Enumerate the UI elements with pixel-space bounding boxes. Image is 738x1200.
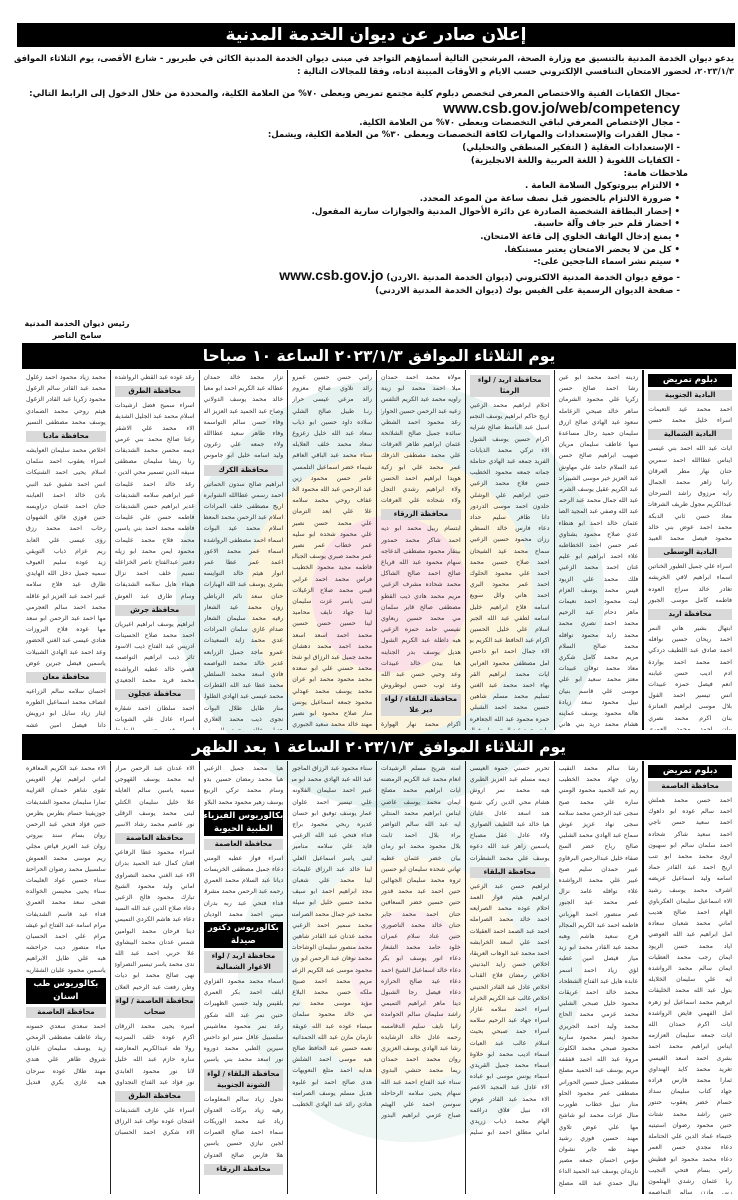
candidate-name: زكريا علي محمود الشرمان bbox=[559, 394, 639, 405]
candidate-name: مرام اسامة عبد الفتاح ابو عيشه bbox=[26, 920, 106, 931]
governorate-heading: البادية الجنوبية bbox=[648, 390, 732, 401]
candidate-name: اسراء احمد سلامه عازار bbox=[470, 1004, 550, 1015]
candidate-name: ميار فيصل امين عطيه bbox=[559, 953, 639, 964]
candidate-name: حنان احمد محمد جابر bbox=[381, 909, 461, 920]
candidate-name: فادي اسعد محمد السلطي bbox=[204, 669, 284, 680]
candidate-name: هشام محمد دريد بني هاني bbox=[559, 719, 639, 730]
candidate-name: شروق طاهر علي هندي bbox=[26, 1054, 106, 1065]
governorate-heading: محافظة العاصمة bbox=[26, 1007, 106, 1018]
candidate-name: وعد وحيي حسن عبد الله bbox=[381, 669, 461, 680]
candidate-name: سها عاطف سليمان مريان bbox=[559, 439, 639, 450]
candidate-name: مروة عبد الله احمد قفقفه bbox=[559, 1054, 639, 1065]
governorate-heading: محافظة جرش bbox=[115, 605, 195, 616]
candidate-name: صالح رباح خضر السح bbox=[559, 841, 639, 852]
candidate-name: الاء محمد علي الاشقر bbox=[115, 423, 195, 434]
names-column: سناء محمود عبد الرزاق الماجوريعبد الله ع… bbox=[287, 761, 376, 1194]
candidate-name: اسلام يحيى احمد الشنيكات bbox=[26, 467, 106, 478]
candidate-name: مريم محمد كامل شكري bbox=[559, 652, 639, 663]
candidate-name: مصطفى صالح قاير سلمان bbox=[381, 602, 461, 613]
candidate-name: هشام محي الدين زكي شنيع bbox=[470, 797, 550, 808]
candidate-name: بنان اكرم محمد نصري bbox=[648, 713, 732, 724]
candidate-name: ايه محمد يوسف القهوجي bbox=[115, 774, 195, 785]
candidate-name: اسماء عمر محمد الاعور bbox=[204, 546, 284, 557]
candidate-name: سناء محمد عبد الباقي العاقم bbox=[292, 450, 372, 461]
candidate-name: سميه ياسين سالم العايله bbox=[115, 785, 195, 796]
candidate-name: سهام يحيى سلامه الرحاحله bbox=[381, 1088, 461, 1099]
candidate-name: عابده هايل عبد الفتاح الشطحات bbox=[559, 976, 639, 987]
candidate-name: شيماء خضر اسماعيل التلمسي bbox=[292, 462, 372, 473]
candidate-name: يوسف محمد مصطفى النسير bbox=[26, 417, 106, 428]
candidate-name: احمد صادق عبد اللطيف دردكي bbox=[648, 645, 732, 656]
candidate-name: ايلف احمد بكر العمري bbox=[204, 987, 284, 998]
candidate-name: ادم اديب حسن عبابنه bbox=[648, 668, 732, 679]
candidate-name: نارمان مازن عبد الله الحمدانيه bbox=[292, 1032, 372, 1043]
candidate-name: ابراهيم حسن عبد الزعبي bbox=[470, 881, 550, 892]
candidate-name: محمد احمد نصري محمد bbox=[559, 618, 639, 629]
candidate-name: احمد رسمي عطاالله الشوابره bbox=[204, 490, 284, 501]
candidate-name: رقيه محمد سليمان الشعار bbox=[204, 613, 284, 624]
candidate-name: هبه داطلة عبد الكريم الشول bbox=[381, 635, 461, 646]
candidate-name: علاء نوافله عامد نزال bbox=[559, 886, 639, 897]
candidate-name: ابراهيم صالح سدون الحماتين bbox=[204, 479, 284, 490]
candidate-name: فرح سعيد هاشم وهبه bbox=[559, 931, 639, 942]
candidate-name: ندى محمد ياسر تيسير النصراوي التميمي bbox=[115, 959, 195, 970]
candidate-name: عبد الله وصفي عبد المجيد الصانع bbox=[559, 506, 639, 517]
candidate-name: هيفاء هايل سلامه الشديفات bbox=[115, 579, 195, 590]
candidate-name: نعمه حسين عبد الحافظ صالح bbox=[292, 1043, 372, 1054]
candidate-name: لبنى ياسر اسماعيل العلي bbox=[292, 853, 372, 864]
candidate-name: رهيه زياد بركات العدوان bbox=[204, 1105, 284, 1116]
candidate-name: سناء حسين عواد العليمات bbox=[26, 875, 106, 886]
candidate-name: وعد ثوب حسن ابوطروش bbox=[381, 680, 461, 691]
candidate-name: حنين حسين خضر السعافين bbox=[381, 897, 461, 908]
candidate-name: ايه علي سليمان الخلايله bbox=[648, 974, 732, 985]
candidate-name: رولا طه عبدالكريم المعارضه bbox=[115, 1043, 195, 1054]
candidate-name: سائده جميل صالح الشلانحة bbox=[381, 428, 461, 439]
candidate-name: احمد محمد صلاح الحسينات bbox=[115, 630, 195, 641]
candidate-name: ياسمين زاهر عبد الله دعوه bbox=[470, 841, 550, 852]
field-abilities-language: - الكفايات اللغوية ( اللغة العربية واللغ… bbox=[100, 155, 680, 168]
publish-website-label: - موقع ديوان الخدمة المدنية الالكتروني (… bbox=[386, 273, 680, 283]
candidate-name: احمد محمد عبد الوهاب العريقات bbox=[470, 948, 550, 959]
names-column: الاء محمد عبد الكريم المعاقرهاماني ابراه… bbox=[22, 761, 110, 1194]
candidate-name: ايات ابراهيم محمد مصلح bbox=[381, 785, 461, 796]
governorate-heading: محافظة اربد / لواء الرمثا bbox=[470, 375, 550, 397]
candidate-name: وفاء طاهر سعيد عطاالله bbox=[204, 428, 284, 439]
candidate-name: ميس احمد محمد الوديان bbox=[204, 909, 284, 920]
candidate-name: رنا ريشا سليمان مصطفى bbox=[115, 456, 195, 467]
candidate-name: غدير ابراهيم حسن الشديفات bbox=[115, 501, 195, 512]
candidate-name: ايات عيد الله احمد بني عيسى bbox=[648, 443, 732, 454]
candidate-name: قايد علي سلامه منامير bbox=[292, 841, 372, 852]
candidate-name: ولاء جمعه علي زغرون bbox=[204, 439, 284, 450]
candidate-name: مها احمد عبد الرحمن ابو سعد bbox=[26, 613, 106, 624]
candidate-name: محمد عدنان عبد القادر شاهين bbox=[292, 931, 372, 942]
candidate-name: ادريس عبد الفتاح ذيب الاسود bbox=[115, 641, 195, 652]
session-afternoon-title: يوم الثلاثاء الموافق ٢٠٢٣/١/٣ الساعة ١ ب… bbox=[22, 734, 736, 760]
candidate-name: ولاء ابراهيم رشدي التجل bbox=[381, 484, 461, 495]
candidate-name: اشجان عوده نواف عبد الرزاق bbox=[115, 1116, 195, 1127]
candidate-name: بيان احمد محمد العمري bbox=[648, 724, 732, 730]
candidate-name: عمر منصور احمد الهرباني bbox=[559, 909, 639, 920]
candidate-name: ايناس عطاالله احمد سمرين bbox=[648, 455, 732, 466]
candidate-name: احمد سالم عوده ابو داهوك bbox=[648, 806, 732, 817]
candidate-name: يوسف علي محمد الشطرات bbox=[470, 853, 550, 864]
candidate-name: ثمارا محمد فارس فراده bbox=[648, 1075, 732, 1086]
publish-website: - موقع ديوان الخدمة المدنية الالكتروني (… bbox=[100, 269, 680, 285]
candidate-name: محمد خير جمال محمد الصرامنه bbox=[292, 909, 372, 920]
candidate-name: احمد خالد محمد الصرامله bbox=[470, 914, 550, 925]
candidate-name: دعاء خالد اسماعيل الشيخ احمد bbox=[381, 965, 461, 976]
candidate-name: مهند طه جابر نشوان bbox=[559, 1144, 639, 1155]
candidate-name: حنين نمر عبد الله شكور bbox=[204, 1010, 284, 1021]
candidate-name: سماء احمد صالح العمرات bbox=[204, 1127, 284, 1138]
candidate-name: هدايه احمد متلع النعويهات bbox=[292, 1065, 372, 1076]
candidate-name: محمد فريد محمد الجعيدي bbox=[115, 675, 195, 686]
candidate-name: ريم موسى محمد العموش bbox=[26, 853, 106, 864]
candidate-name: اكرام محمد نهار الهوارة bbox=[381, 719, 461, 730]
candidate-name: وصاح عبد الحميد عبد العزيز السمانة bbox=[204, 406, 284, 417]
candidate-name: معاذ محمد توفان عبيدات bbox=[559, 663, 639, 674]
candidate-name: لؤي زياد احمد اسمر bbox=[559, 965, 639, 976]
candidate-name: منال عزات محمد ابو شاشح bbox=[559, 1110, 639, 1121]
candidate-name: راويه محمد عبد الكريم التلفس bbox=[381, 394, 461, 405]
candidate-name: احمد سعيد حسن ناجي bbox=[648, 817, 732, 828]
field-abilities: - مجال القدرات والإستعدادات والمهارات لك… bbox=[100, 129, 680, 142]
candidate-name: نفيسي حامد حمزه الزعبي bbox=[381, 624, 461, 635]
candidate-name: نسيم خلف احمد نزال bbox=[115, 568, 195, 579]
candidate-name: اسلام محمد عيد البوات bbox=[204, 523, 284, 534]
candidate-name: سليمان حميد رحال مساعدة bbox=[559, 428, 639, 439]
session-morning-title: يوم الثلاثاء الموافق ٢٠٢٣/١/٣ الساعة ١٠ … bbox=[22, 343, 736, 369]
governorate-heading: البادية الشمالية bbox=[648, 429, 732, 440]
candidate-name: معاذ حسن ثاني الدبكة bbox=[648, 511, 732, 522]
candidate-name: لينا جهاد نايف محاميد bbox=[292, 607, 372, 618]
candidate-name: اسماء يونس موسى ابو عباده bbox=[470, 1071, 550, 1082]
candidate-name: صالح احمد صالح الشاكل bbox=[381, 568, 461, 579]
candidate-name: احمد سعيد شاكر شحاده bbox=[648, 829, 732, 840]
candidate-name: مها عوده فلاح البروزات bbox=[26, 624, 106, 635]
candidate-name: حمزه محمود عبد الله الجعافره bbox=[470, 714, 550, 725]
candidate-name: امل الفهمي فايض الرواشده bbox=[648, 1008, 732, 1019]
candidate-name: ياسمين فيصل جبرين عوض bbox=[26, 658, 106, 669]
candidate-name: ماهر دحام عبد الرحيم bbox=[559, 607, 639, 618]
candidate-name: سماح محمد عيد الشيحان bbox=[470, 546, 550, 557]
candidate-name: ليث محمود احمد نعيمات bbox=[559, 596, 639, 607]
candidate-name: احمد شاكر محمد حمدور bbox=[381, 535, 461, 546]
candidate-name: حنان خالد محمد الناصوري bbox=[381, 920, 461, 931]
candidate-name: ريما محمد حتشي البدوي bbox=[381, 1065, 461, 1076]
candidate-name: محمود جمعه اسماعيل يونس bbox=[292, 697, 372, 708]
candidate-name: عمر محمد صبري يوسف الجبالي bbox=[292, 551, 372, 562]
candidate-name: اسامه وليد اسماعيل عريضه bbox=[648, 873, 732, 884]
candidate-name: عبد السلام حامد علي مهاوش bbox=[559, 462, 639, 473]
candidate-name: هالة محمود يوسف عماينه bbox=[559, 708, 639, 719]
candidate-name: ثروه محمد سليمان الجهالين bbox=[381, 875, 461, 886]
candidate-name: مهند خالد محمد سعيد الجبوري bbox=[292, 719, 372, 730]
candidate-name: غدير خالد محمد النواصمه bbox=[204, 658, 284, 669]
candidate-name: محمد جميل عبد الرزاق ابو شحاده bbox=[292, 652, 372, 663]
candidate-name: احمد هاني وائل سويع bbox=[470, 590, 550, 601]
candidate-name: ايات محمد ابراهيم القر bbox=[470, 669, 550, 680]
candidate-name: الاء عادل عبد المجيد الاعمر bbox=[470, 1082, 550, 1093]
candidate-name: نهى صالح محمد ابو ديات bbox=[115, 970, 195, 981]
candidate-name: مي خالد محمود سلمان bbox=[292, 1009, 372, 1020]
governorate-heading: محافظة العاصمة bbox=[648, 781, 732, 792]
names-column: هيا محمد جميل الزعبيهيا محمد رمضان حسين … bbox=[199, 761, 288, 1194]
candidate-name: حنين فوزي فائق الشهوان bbox=[26, 512, 106, 523]
candidate-name: اكرام عبد الحافظ عبد الكريم بوزيه bbox=[470, 635, 550, 646]
candidate-name: رامي حسن حسين عمرو bbox=[292, 372, 372, 383]
candidate-name: اسامه فلاح ابراهيم خليل bbox=[470, 602, 550, 613]
candidate-name: محمد عبد القادر محمد ابو زيد bbox=[559, 942, 639, 953]
candidate-name: مصطفى عمر محمود الحلو bbox=[559, 1088, 639, 1099]
candidate-name: حنان سعد نائم الرياطي bbox=[204, 591, 284, 602]
candidate-name: اخلاص رمضان فلاح القناب bbox=[470, 970, 550, 981]
candidate-name: قيس محمد صلاح الزغيلات bbox=[292, 585, 372, 596]
candidate-name: الاء تركي محمد الذيابات bbox=[470, 445, 550, 456]
candidate-name: ريم عزام ذياب التويقي bbox=[26, 546, 106, 557]
candidate-name: حسن فلاح محمد الزعبي bbox=[470, 478, 550, 489]
candidate-name: اسراء سميح فضل ارشيدات bbox=[115, 400, 195, 411]
candidate-name: اخلاص محمد سليمان العوايشه bbox=[26, 445, 106, 456]
candidate-name: علي تيسير احمد علوان bbox=[292, 797, 372, 808]
candidate-name: نور فؤاد عبد الفتاح النجداوي bbox=[115, 1077, 195, 1088]
candidate-name: رغد محمود احمد الشطي bbox=[381, 417, 461, 428]
candidate-name: زيد يوسف سليمان عليان bbox=[26, 1043, 106, 1054]
candidate-name: رؤى عيسى علي العابد bbox=[26, 535, 106, 546]
candidate-name: محمد سمير احمد الزعبي bbox=[292, 920, 372, 931]
candidate-name: امل مصطفى محمود العرابي bbox=[470, 658, 550, 669]
candidate-name: وطن رفعت عبد الرحيم العلان bbox=[115, 982, 195, 993]
names-column: رامي حسن حسين عمرورائد تلاوي صالح معزومر… bbox=[287, 370, 376, 730]
candidate-name: اماني وليد محمود الشيخ bbox=[115, 881, 195, 892]
csb-website-link[interactable]: www.csb.gov.jo bbox=[279, 267, 383, 283]
candidate-name: عدي صلاح محمود بشتاوي bbox=[559, 529, 639, 540]
specialty-heading: بكالوريوس الفيزياء الطبية الحيوية bbox=[204, 810, 284, 836]
candidate-name: دعاء فارس خالد السطي bbox=[470, 523, 550, 534]
candidate-name: رحمه عبد الرحمن محمد مشرقي bbox=[204, 886, 284, 897]
candidate-name: راشد سليمان سالم الحوامده bbox=[381, 1009, 461, 1020]
candidate-name: سلسبيل محمد رضوان الحراحشه bbox=[26, 864, 106, 875]
candidate-name: احلام عوده محمد الصرايعه bbox=[470, 903, 550, 914]
candidate-name: اسلام غالب عبد العيات bbox=[470, 1038, 550, 1049]
candidate-name: زعيه عبد الرحمن حسين الحوارات bbox=[381, 406, 461, 417]
candidate-name: مريم محمد احمد صبيح bbox=[292, 976, 372, 987]
candidate-name: محمد عطا عبد الله القطرات bbox=[204, 680, 284, 691]
candidate-name: اسراء خليل محمد حسن bbox=[648, 415, 732, 426]
candidate-name: سيفه الدين تسمير محي الدين عالم bbox=[115, 467, 195, 478]
candidate-name: اماني ابراهيم نهار الغويس bbox=[26, 774, 106, 785]
candidate-name: ديمه مسلم عبد العزيز الطبري bbox=[470, 774, 550, 785]
candidate-name: غنان احمد محمد الزعبي bbox=[559, 562, 639, 573]
candidate-name: تقوى شاهر حمدان الغرايبة bbox=[26, 785, 106, 796]
names-column: رغد عوده عبد القطي الرواشدهمحافظة الطرقا… bbox=[110, 370, 199, 730]
candidate-name: دعاء فيصل رجا الشبول bbox=[381, 987, 461, 998]
candidate-name: ديمه محسن محمد الشديفات bbox=[115, 445, 195, 456]
candidate-name: اريج احمد عبد القادر حماد bbox=[648, 862, 732, 873]
candidate-name: هبه موسى احمد الشلش bbox=[292, 1054, 372, 1065]
candidate-name: ساره حازم عبد الله خليل bbox=[115, 1054, 195, 1065]
candidate-name: الاء نبيل فلاق دراغمه bbox=[470, 1105, 550, 1116]
candidate-name: مولاه محمد احمد حمدان bbox=[381, 372, 461, 383]
candidate-name: محمود زكريا عبد القادر الزغول bbox=[26, 394, 106, 405]
candidate-name: رغد نمر محمود معاشيس bbox=[204, 1021, 284, 1032]
candidate-name: سناء يحيى محيسن الخوالده bbox=[26, 886, 106, 897]
candidate-name: احمد علي اسعد الخرابشه bbox=[470, 937, 550, 948]
candidate-name: رامي بسام فتحي النجيب bbox=[648, 1165, 732, 1176]
candidate-name: محمد زايد محمود نوافله bbox=[559, 630, 639, 641]
candidate-name: مرام علي احمد الحسبان bbox=[26, 931, 106, 942]
specialty-heading: بكالوريوس دكتور صيدلة bbox=[204, 922, 284, 948]
candidate-name: اسماء محمد جميل القريدي bbox=[470, 1060, 550, 1071]
governorate-heading: محافظة البلقاء / لواء الشونة الجنوبية bbox=[204, 1069, 284, 1091]
candidate-name: اسراء عادل علي الشويات bbox=[115, 714, 195, 725]
candidate-name: دعاء عيد صالح الحرازه bbox=[381, 976, 461, 987]
candidate-name: رايه مرزوق راشد السرحان bbox=[648, 488, 732, 499]
candidate-name: رشا احمد صالح حسن bbox=[559, 383, 639, 394]
candidate-name: محمد فلاح محمد عليمات bbox=[115, 535, 195, 546]
candidate-name: طارق عيد فلاح سلامه bbox=[26, 579, 106, 590]
governorate-heading: محافظة العاصمة / لواء سحاب bbox=[115, 996, 195, 1018]
candidate-name: محمد احمد اسعد اسعد bbox=[292, 630, 372, 641]
candidate-name: وليد محمد عبد الرحمن ابو فوالة bbox=[470, 725, 550, 730]
candidate-name: مها علي عوض تلاوي bbox=[559, 1122, 639, 1133]
candidate-name: جهاد كتاب سليمان سداد bbox=[648, 1086, 732, 1097]
governorate-heading: محافظة العاصمة bbox=[204, 839, 284, 850]
candidate-name: تغادر خالد سراج العوده bbox=[648, 584, 732, 595]
candidate-name: لبنى محمد يوسف الزقلى bbox=[115, 808, 195, 819]
candidate-name: علا علي ابعد الترمان bbox=[292, 506, 372, 517]
candidate-name: هيثم روحي محمد الصمادي bbox=[26, 406, 106, 417]
candidate-name: ابراهيم يوسف ابراهيم اعيريان bbox=[115, 619, 195, 630]
candidate-name: رانيا زاهر محمد الجمال bbox=[648, 477, 732, 488]
candidate-name: اخلاص غالب عبد الكريم الخرابشه bbox=[470, 993, 550, 1004]
candidate-name: دينا ماهر ابراهيم التميمي bbox=[381, 998, 461, 1009]
candidate-name: سلاده داود حسين ابو ذياب bbox=[292, 417, 372, 428]
candidate-name: محمود خليل صبحي الشلبي bbox=[559, 998, 639, 1009]
candidate-name: اسراء حمد صبحي بحيث bbox=[470, 1026, 550, 1037]
candidate-name: ايثار زياد سايل ابو درويش bbox=[26, 708, 106, 719]
candidate-name: حنين ابراهيم علي الوشلي bbox=[470, 490, 550, 501]
candidate-name: هلا فارس صالح العدوان bbox=[204, 1150, 284, 1161]
candidate-name: فاطمه مجيد محمود الخطيب bbox=[292, 562, 372, 573]
governorate-heading: محافظة البلقاء bbox=[470, 867, 550, 878]
candidate-name: دعاء جميل مصطفى الخريسات bbox=[204, 864, 284, 875]
candidate-name: اريج حاكم ابراهيم يوسف النجس bbox=[470, 411, 550, 422]
candidate-name: رائد تلاوي صالح معزوم bbox=[292, 383, 372, 394]
candidate-name: مؤمن احسان جمعه مصير bbox=[559, 1155, 639, 1166]
candidate-name: رزان محمود حسين الزعبي bbox=[470, 534, 550, 545]
signature-block: رئيس ديوان الخدمة المدنية سامح الناصر bbox=[22, 318, 132, 342]
candidate-name: ربا عثمان رشدي الهتلمون bbox=[648, 1176, 732, 1187]
candidate-name: بهاء احمد محمد عبد الغني bbox=[470, 680, 550, 691]
candidate-name: حسين محمد احمد الشبلي bbox=[470, 702, 550, 713]
governorate-heading: محافظة اربد bbox=[648, 609, 732, 620]
candidate-name: محمد نوفان عبد الرحمن ابو وزره bbox=[292, 953, 372, 964]
candidate-name: تهاني شحده سليمان ابو حسين bbox=[381, 864, 461, 875]
candidate-name: براء بلال احمد ثابت bbox=[381, 830, 461, 841]
candidate-name: عبدالكريم مجول طريف الشرفات bbox=[648, 499, 732, 510]
candidate-name: ابراهيم هيثم فواز العمد bbox=[470, 892, 550, 903]
candidate-name: ميلا احمد محمد ابو زينة bbox=[381, 383, 461, 394]
candidate-name: ساره علي محمد صبح bbox=[559, 797, 639, 808]
candidate-name: مهند طلال عوده سرحان bbox=[26, 1066, 106, 1077]
candidate-name: نجول زياد سالم المعلومات bbox=[204, 1094, 284, 1105]
candidate-name: هيا بيدن خالد عبيدات bbox=[381, 658, 461, 669]
candidate-name: عمر محمد علي ابو زكية bbox=[381, 462, 461, 473]
candidate-name: بتول عبد الله محمد الخليفات bbox=[648, 985, 732, 996]
candidate-name: اسماء اديب محمد ابو حلاوة bbox=[470, 1049, 550, 1060]
candidate-name: لبنا خالد عبد الرزاق عليمات bbox=[292, 864, 372, 875]
candidate-name: ابتهال بشير هاني النمر bbox=[648, 623, 732, 634]
candidate-name: دفنير عبدالفتاح ناصر الخزاعله bbox=[115, 557, 195, 568]
candidate-name: هديل يوسف بدر الجناينه bbox=[381, 647, 461, 658]
candidate-name: خلود حامد محمد الشعار bbox=[381, 942, 461, 953]
candidate-name: فلك محمد علي الزيود bbox=[559, 574, 639, 585]
candidate-name: عطاله عبد الكريم احمد ابو معيلق bbox=[204, 383, 284, 394]
candidate-name: رحاب احمد محمد رزق bbox=[26, 523, 106, 534]
candidate-name: محمود ايمن محمد ابو زيله bbox=[115, 546, 195, 557]
candidate-name: وسام طارق عبد العوش bbox=[115, 591, 195, 602]
announcement-title: إعلان صادر عن ديوان الخدمة المدنية bbox=[17, 23, 735, 47]
candidate-name: هديل مسلم يوسف الصرامنه bbox=[292, 1088, 372, 1099]
publish-facebook: - صفحة الديوان الرسمية على الفيس بوك (دي… bbox=[100, 285, 680, 298]
candidate-name: الاء محمد عبد القادر عوض bbox=[470, 1094, 550, 1105]
candidate-name: محمد خالد احمد عريقات bbox=[559, 987, 639, 998]
candidate-name: لانا نور محمود العابدي bbox=[115, 1066, 195, 1077]
exam-fields-section: -مجال الكفايات الفنية والاختصاص المعرفي … bbox=[100, 88, 680, 298]
candidate-name: الفريد جمعه عبد الهادي حتاملة bbox=[470, 456, 550, 467]
candidate-name: عمار يوسف توفيق ابو حسان bbox=[292, 808, 372, 819]
candidate-name: علي محمد مصطفى الذرفك bbox=[381, 450, 461, 461]
intro-paragraph: يدعو ديوان الخدمة المدنية بالتنسيق مع وز… bbox=[14, 52, 734, 78]
candidate-name: عبير علي محمد الرواشده bbox=[559, 875, 639, 886]
candidate-name: نازيدان يوسف عبد الحميد الداعلي bbox=[559, 1166, 639, 1177]
candidate-name: انصاف محمد اسماعيل الطوره bbox=[26, 697, 106, 708]
candidate-name: ابرهيم محمد اسماعيل ابو زهره bbox=[648, 997, 732, 1008]
candidate-name: عثمان خالد احمد ابو هنطاء bbox=[559, 518, 639, 529]
candidate-name: عبير احمد سليمان الفلاونه bbox=[292, 785, 372, 796]
candidate-name: دانا فيصل امين عشه bbox=[26, 720, 106, 730]
governorate-heading: محافظة معان bbox=[26, 672, 106, 683]
candidate-name: وسام محمد تركي الربيع bbox=[204, 785, 284, 796]
candidate-name: هنادي عيسى عبد الغني الحضور bbox=[26, 635, 106, 646]
governorate-heading: البادية الوسطى bbox=[648, 547, 732, 558]
names-column: ردينه احمد محمد ابو عينرشا احمد صالح حسن… bbox=[554, 370, 643, 730]
candidate-name: احمد حسن محمد هملش bbox=[648, 795, 732, 806]
candidate-name: محمد احمد سالم العجرمي bbox=[26, 602, 106, 613]
candidate-name: رنـا طيبل صالح الشلي bbox=[292, 406, 372, 417]
candidate-name: احمد عبد الصمد احمد العقيلات bbox=[470, 926, 550, 937]
candidate-name: سماح عبد الهادي محمد الشلبي bbox=[559, 830, 639, 841]
signature-name: سامح الناصر bbox=[22, 330, 132, 342]
candidate-name: صدام غازي سلمان المرادات bbox=[204, 624, 284, 635]
candidate-name: ولاء شحاده علي العرفات bbox=[381, 495, 461, 506]
competency-link[interactable]: www.csb.gov.jo/web/competency bbox=[100, 101, 680, 117]
candidate-name: تسليم محمد مسلم شاهين bbox=[470, 691, 550, 702]
names-column: دبلوم تمريضالبادية الجنوبيةاحمد محمد عيد… bbox=[642, 370, 736, 730]
candidate-name: سلسبيل عاقل منير ابو داحس bbox=[204, 1032, 284, 1043]
candidate-name: ميساء عوده عبد الله عويقة bbox=[292, 1021, 372, 1032]
candidate-name: انوار هيثم خالد النوايسه bbox=[204, 568, 284, 579]
candidate-name: احمد سلمان سالم ابو سهيون bbox=[648, 840, 732, 851]
names-column: رشا سالم محمد النقيبروان جهاد محمد الخطي… bbox=[554, 761, 643, 1194]
candidate-name: تحرير حسني حموه العيسى bbox=[470, 763, 550, 774]
candidate-name: قيس محمد يوسف العزام bbox=[559, 585, 639, 596]
candidate-name: ايمن قدر حسين البطوط bbox=[115, 725, 195, 730]
candidate-name: بيان خضر عثمان عطيه bbox=[381, 853, 461, 864]
